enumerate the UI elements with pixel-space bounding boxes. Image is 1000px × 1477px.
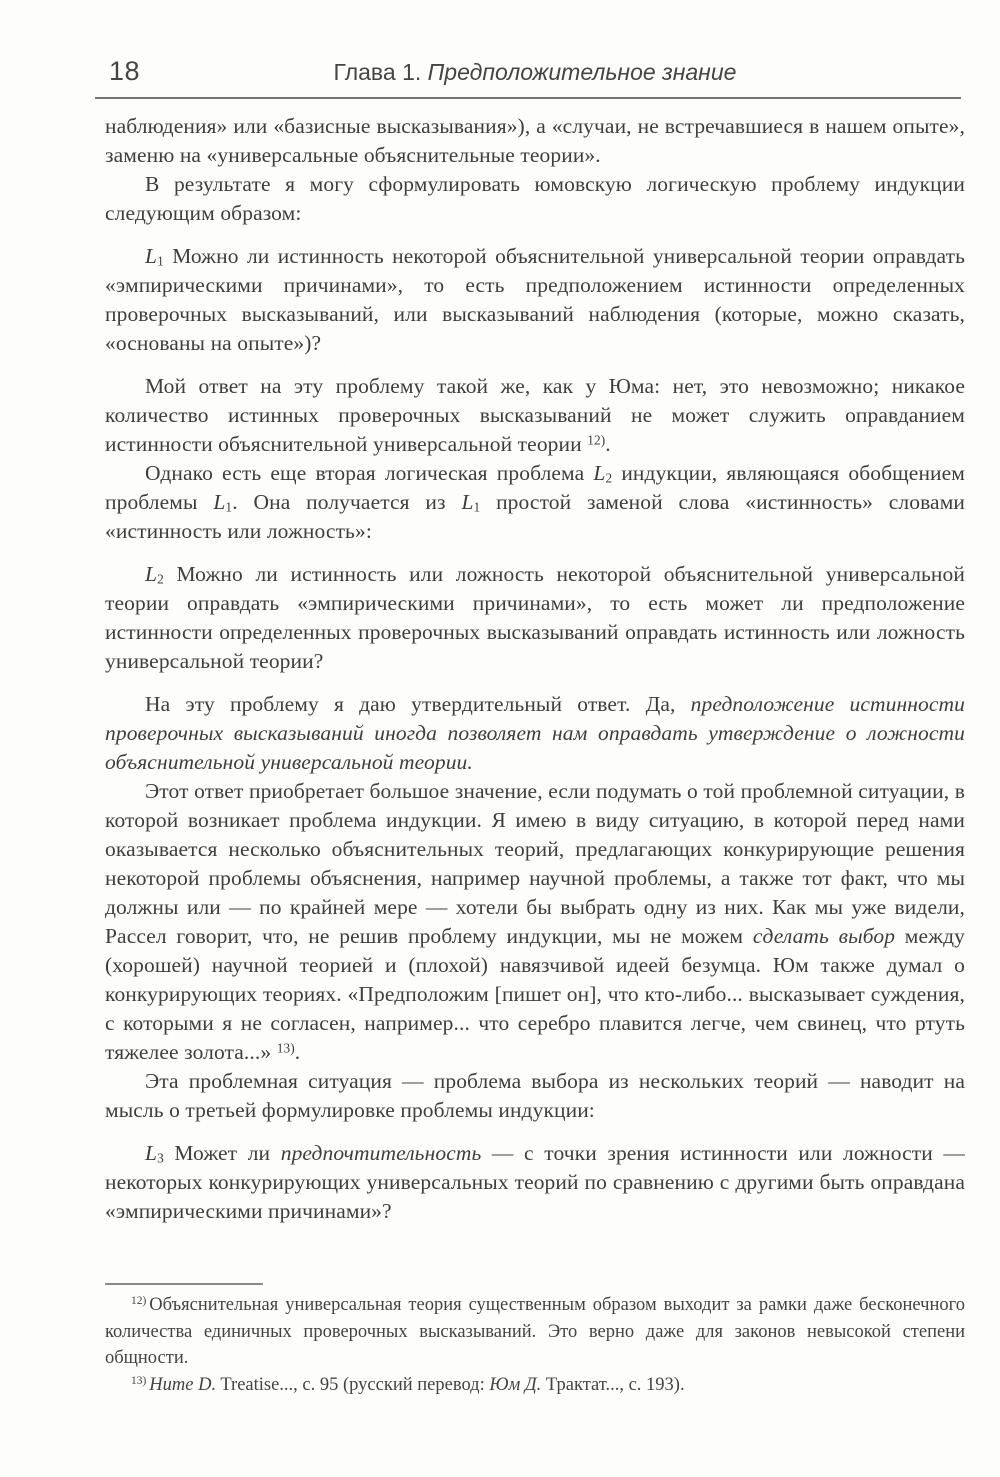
text-run: Может ли <box>164 1141 281 1165</box>
text-run: В результате я могу сформулировать юмовс… <box>105 172 965 225</box>
subscript-index: 1 <box>157 254 164 269</box>
text-run: сделать выбор <box>753 924 895 948</box>
paragraph: Однако есть еще вторая логическая пробле… <box>105 459 965 546</box>
paragraph: Мой ответ на эту проблему такой же, как … <box>105 372 965 459</box>
paragraph: Этот ответ приобретает большое значение,… <box>105 777 965 1067</box>
footnote-reference: 13) <box>277 1040 295 1055</box>
footnote-marker: 12) <box>131 1295 146 1307</box>
footnote-marker: 13) <box>131 1375 146 1387</box>
text-run: На эту проблему я даю утвердительный отв… <box>145 692 691 716</box>
footnote-reference: 12) <box>587 432 605 447</box>
text-run: . Она получается из <box>232 490 461 514</box>
text-run: L <box>593 461 605 485</box>
text-run: . <box>605 432 610 456</box>
text-run: L <box>461 490 473 514</box>
text-run: наблюдения» или «базисные высказывания»)… <box>105 114 965 167</box>
text-run: Однако есть еще вторая логическая пробле… <box>145 461 593 485</box>
text-run: Treatise..., с. 95 (русский перевод: <box>216 1375 489 1395</box>
subscript-index: 2 <box>157 572 164 587</box>
text-run: Можно ли истинность некоторой объяснител… <box>105 244 965 355</box>
header-rule <box>95 97 961 99</box>
text-run: L <box>145 244 157 268</box>
chapter-title: Предположительное знание <box>428 59 737 85</box>
page-number: 18 <box>109 56 140 87</box>
text-run: . <box>295 1040 300 1064</box>
text-run: предпочтительность <box>281 1141 482 1165</box>
text-run: L <box>213 490 225 514</box>
running-title: Глава 1. Предположительное знание <box>105 56 965 86</box>
text-run: Hume D. <box>149 1375 216 1395</box>
text-run: Трактат..., с. 193). <box>541 1375 684 1395</box>
paragraph: На эту проблему я даю утвердительный отв… <box>105 690 965 777</box>
text-run: Юм Д. <box>489 1375 541 1395</box>
paragraph: В результате я могу сформулировать юмовс… <box>105 170 965 228</box>
text-run: Можно ли истинность или ложность некотор… <box>105 562 965 673</box>
subscript-index: 3 <box>157 1151 164 1166</box>
page-body: наблюдения» или «базисные высказывания»)… <box>105 112 965 1226</box>
paragraph: L1 Можно ли истинность некоторой объясни… <box>105 242 965 358</box>
paragraph: наблюдения» или «базисные высказывания»)… <box>105 112 965 170</box>
footnote: 12)Объяснительная универсальная теория с… <box>105 1292 965 1372</box>
text-run: Эта проблемная ситуация — проблема выбор… <box>105 1069 965 1122</box>
text-run: Объяснительная универсальная теория суще… <box>105 1295 965 1368</box>
text-run: L <box>145 1141 157 1165</box>
text-run: L <box>145 562 157 586</box>
footnote: 13)Hume D. Treatise..., с. 95 (русский п… <box>105 1372 965 1399</box>
footnotes: 12)Объяснительная универсальная теория с… <box>105 1292 965 1398</box>
text-run: Этот ответ приобретает большое значение,… <box>105 779 965 948</box>
page-header: 18 Глава 1. Предположительное знание <box>105 56 965 92</box>
paragraph: L2 Можно ли истинность или ложность неко… <box>105 560 965 676</box>
paragraph: L3 Может ли предпочтительность — с точки… <box>105 1139 965 1226</box>
chapter-label: Глава 1. <box>334 59 422 85</box>
text-run: Мой ответ на эту проблему такой же, как … <box>105 374 965 456</box>
paragraph: Эта проблемная ситуация — проблема выбор… <box>105 1067 965 1125</box>
footnote-separator <box>105 1283 263 1285</box>
book-page: 18 Глава 1. Предположительное знание наб… <box>0 0 1000 1477</box>
